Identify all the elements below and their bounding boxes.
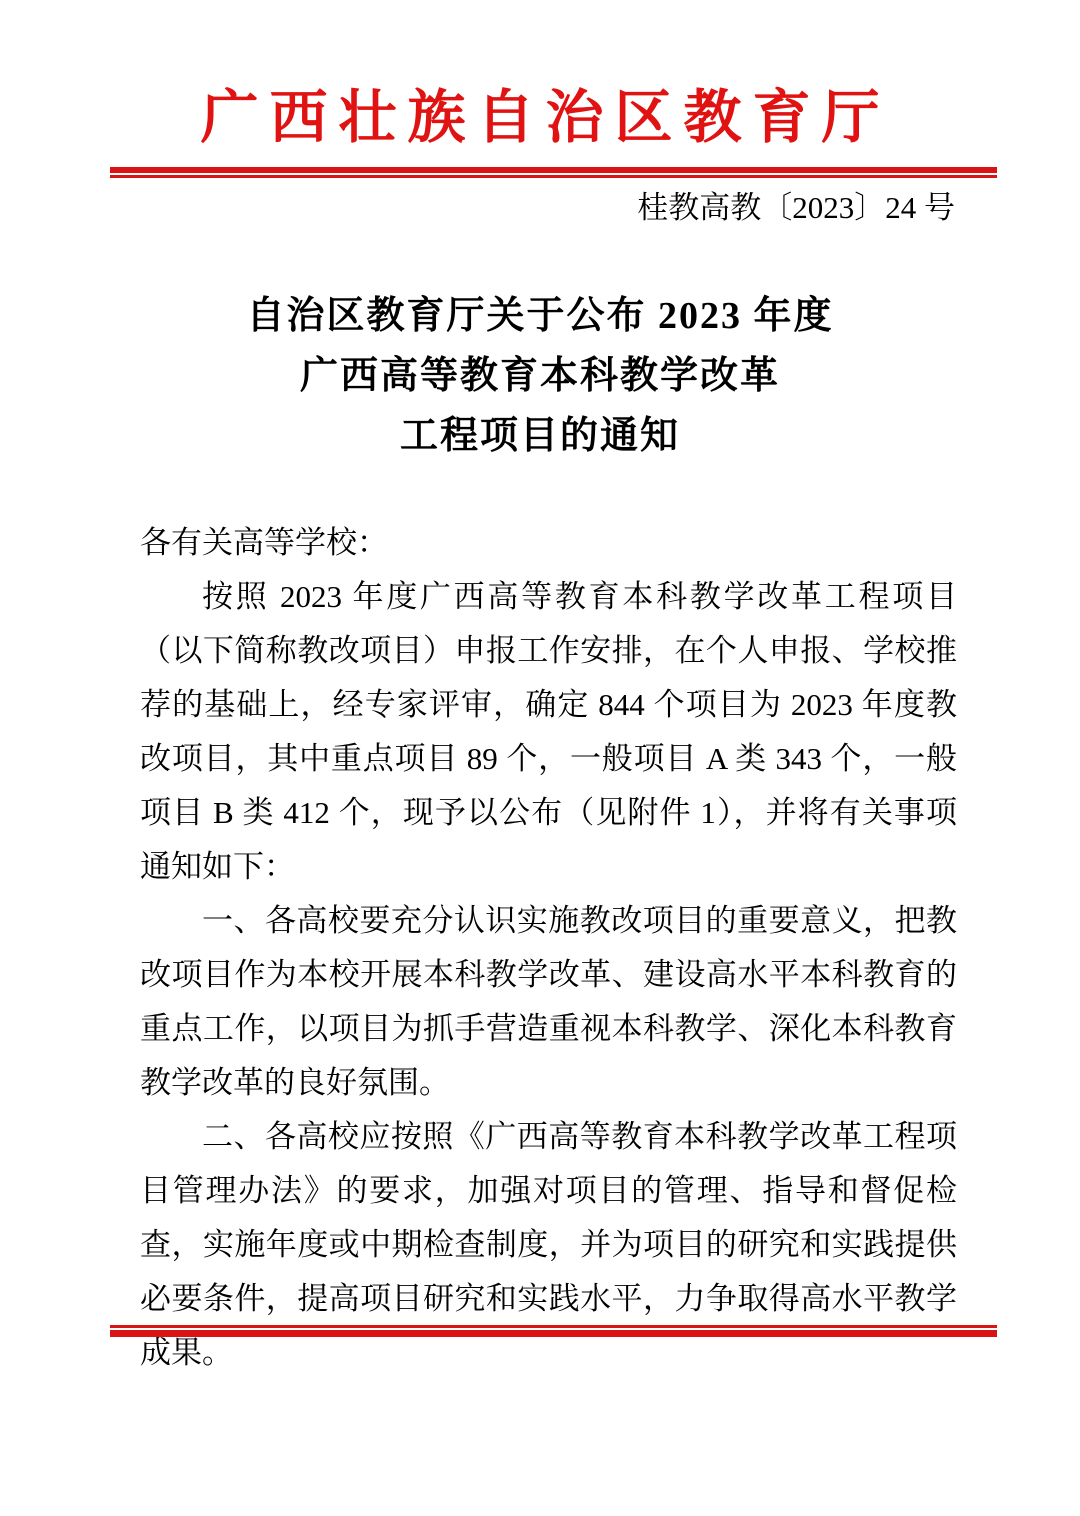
- paragraph-item-2: 二、各高校应按照《广西高等教育本科教学改革工程项目管理办法》的要求，加强对项目的…: [140, 1110, 957, 1380]
- top-rule-thin-bar: [110, 175, 997, 178]
- bottom-double-rule-divider: [110, 1325, 997, 1337]
- notice-title-line-2: 广西高等教育本科教学改革: [0, 346, 1080, 406]
- paragraph-intro: 按照 2023 年度广西高等教育本科教学改革工程项目（以下简称教改项目）申报工作…: [140, 570, 957, 894]
- document-page: 广西壮族自治区教育厅 桂教高教〔2023〕24 号 自治区教育厅关于公布 202…: [0, 0, 1080, 1516]
- document-body: 各有关高等学校： 按照 2023 年度广西高等教育本科教学改革工程项目（以下简称…: [140, 516, 957, 1380]
- notice-title-line-1: 自治区教育厅关于公布 2023 年度: [0, 286, 1080, 346]
- agency-name-heading: 广西壮族自治区教育厅: [0, 86, 1080, 150]
- doc-reference-number: 桂教高教〔2023〕24 号: [110, 186, 955, 230]
- notice-title-line-3: 工程项目的通知: [0, 406, 1080, 466]
- paragraph-item-1: 一、各高校要充分认识实施教改项目的重要意义，把教改项目作为本校开展本科教学改革、…: [140, 894, 957, 1110]
- bottom-rule-thick-bar: [110, 1330, 997, 1337]
- notice-title: 自治区教育厅关于公布 2023 年度 广西高等教育本科教学改革 工程项目的通知: [0, 286, 1080, 466]
- top-double-rule-divider: [110, 167, 997, 178]
- salutation: 各有关高等学校：: [140, 516, 957, 570]
